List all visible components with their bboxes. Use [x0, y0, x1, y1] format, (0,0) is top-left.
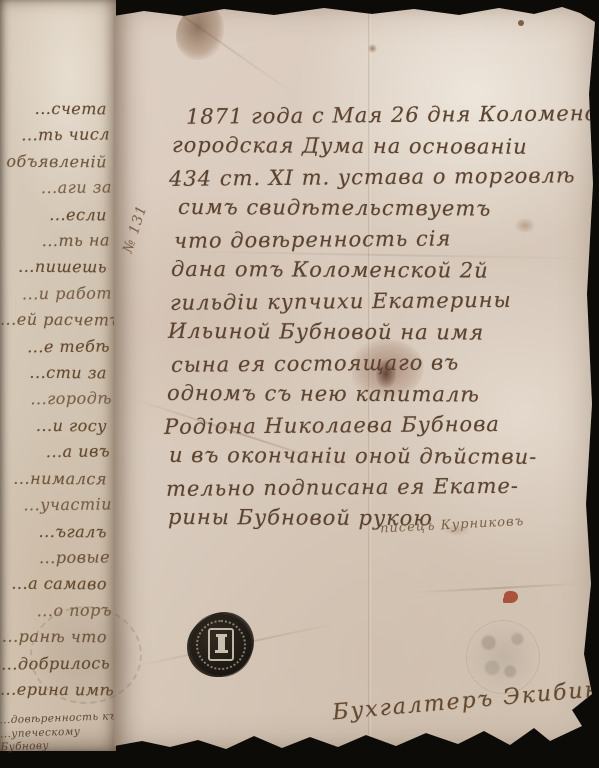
handwritten-fragment-line: ...аги за	[0, 175, 113, 203]
document-body-text: 1871 года с Мая 26 дня Коломенскаягородс…	[114, 100, 595, 534]
seal-column-emblem	[218, 637, 225, 650]
seal-shield	[208, 628, 234, 661]
handwritten-fragment-line: ...если	[0, 201, 113, 228]
handwritten-line: и въ окончаніи оной дѣйстви-	[169, 440, 595, 473]
handwritten-fragment-line: ...и работ	[0, 280, 113, 308]
ink-stain	[176, 6, 224, 60]
handwritten-line: Ильиной Бубновой на имя	[168, 316, 595, 349]
accountant-signature: Бухгалтеръ Экибинъ	[331, 676, 599, 726]
handwritten-fragment-line: ...ъгалъ	[0, 518, 113, 545]
handwritten-fragment-line: ...и госу	[0, 412, 113, 439]
handwritten-fragment-line: ...ть на	[0, 227, 113, 255]
ink-stain	[368, 44, 377, 53]
handwritten-line: тельно подписана ея Екате-	[166, 470, 595, 505]
handwritten-fragment-line: ...пишешь	[0, 254, 113, 281]
handwritten-fragment-line: ...а ивъ	[0, 439, 113, 467]
ink-speck	[518, 20, 524, 26]
handwritten-fragment-line: ...добрилось	[0, 650, 113, 678]
main-manuscript-page: № 131 1871 года с Мая 26 дня Коломенская…	[114, 4, 595, 749]
handwritten-line: симъ свидѣтельствуетъ	[178, 192, 595, 225]
handwritten-fragment-line: ...ровые	[0, 544, 113, 572]
handwritten-fragment-line: ...сти за	[0, 360, 113, 387]
handwritten-fragment-line: ...ей расчетъ	[0, 307, 113, 334]
handwritten-fragment-line: объявленій	[0, 148, 113, 175]
left-page-edge: ...счета...ть числобъявленій...аги за...…	[0, 0, 116, 751]
handwritten-line: что довѣренность сія	[174, 222, 595, 257]
handwritten-line: 434 ст. ХІ т. устава о торговлѣ	[169, 160, 595, 195]
handwritten-line: гильдіи купчихи Екатерины	[170, 284, 595, 319]
wax-seal-icon	[190, 614, 252, 676]
handwritten-fragment-line: ...городѣ	[0, 386, 113, 414]
handwritten-fragment-line: ...ерина имѣнія	[0, 677, 113, 704]
handwritten-fragment-line: ...участіи	[0, 492, 113, 520]
handwritten-fragment-line: ...о поръ	[0, 597, 113, 625]
left-page-text-fragments: ...счета...ть числобъявленій...аги за...…	[0, 96, 113, 703]
manuscript-photo: ...счета...ть числобъявленій...аги за...…	[0, 0, 599, 768]
handwritten-fragment-line: ...ть числ	[0, 122, 113, 150]
handwritten-line: сына ея состоящаго въ	[171, 346, 595, 381]
handwritten-line: Родіона Николаева Бубнова	[164, 408, 595, 443]
handwritten-fragment-line: ...ранѣ что	[0, 624, 113, 651]
paper-crease	[414, 583, 584, 594]
paper-crease	[164, 2, 296, 95]
handwritten-line: дана отъ Коломенской 2й	[171, 254, 595, 287]
handwritten-line: 1871 года с Мая 26 дня Коломенская	[186, 98, 595, 133]
handwritten-fragment-line: ...а самаво	[0, 571, 113, 598]
red-wax-spot	[504, 591, 518, 603]
handwritten-line: городская Дума на основаніи	[172, 130, 595, 163]
handwritten-line: одномъ съ нею капиталѣ	[167, 378, 595, 411]
handwritten-fragment-line: ...нимался	[0, 465, 113, 492]
handwritten-fragment-line: ...счета	[0, 96, 113, 123]
handwritten-fragment-line: ...е тебѣ	[0, 333, 113, 361]
